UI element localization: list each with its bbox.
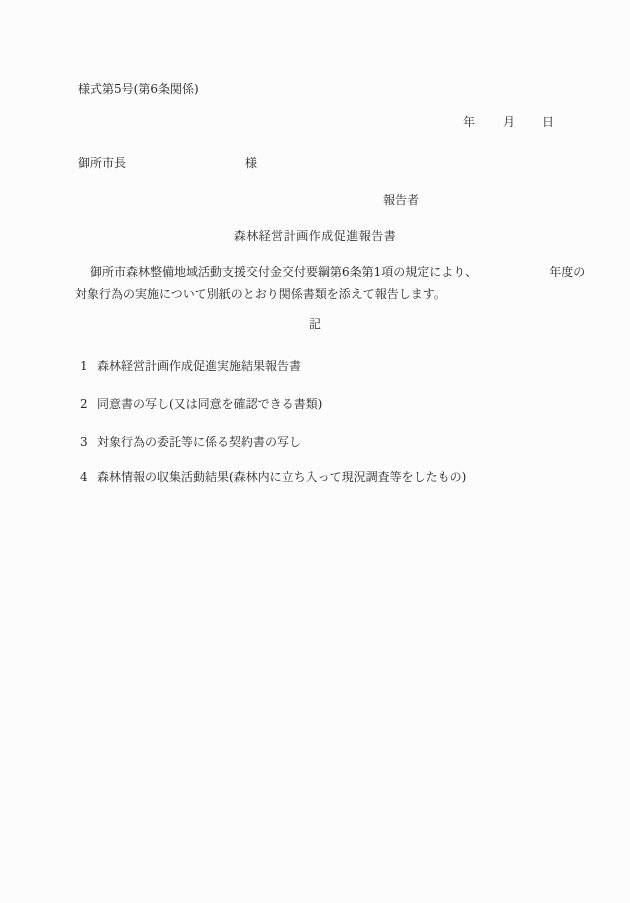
- attachment-text: 同意書の写し(又は同意を確認できる書類): [97, 398, 322, 410]
- fiscal-year-blank-field: [477, 275, 549, 276]
- form-number: 様式第5号(第6条関係): [78, 83, 199, 95]
- reporter-label: 報告者: [383, 194, 419, 206]
- record-heading: 記: [0, 318, 630, 330]
- attachment-text: 森林経営計画作成促進実施結果報告書: [97, 360, 301, 372]
- body-paragraph-line2: 対象行為の実施について別紙のとおり関係書類を添えて報告します。: [75, 288, 446, 300]
- attachment-text: 森林情報の収集活動結果(森林内に立ち入って現況調査等をしたもの): [97, 471, 466, 483]
- document-title: 森林経営計画作成促進報告書: [0, 230, 630, 242]
- attachment-item-4: 4 森林情報の収集活動結果(森林内に立ち入って現況調査等をしたもの): [80, 471, 466, 483]
- body-paragraph-line1: 御所市森林整備地域活動支援交付金交付要綱第6条第1項の規定により、年度の: [90, 266, 585, 278]
- body-text-after-blank: 年度の: [549, 265, 585, 279]
- recipient-line: 御所市長 様: [78, 157, 558, 169]
- recipient-honorific: 様: [245, 157, 257, 169]
- attachment-number: 1: [80, 360, 97, 372]
- document-page: 様式第5号(第6条関係) 年 月 日 御所市長 様 報告者 森林経営計画作成促進…: [0, 0, 630, 903]
- recipient-title: 御所市長: [78, 156, 126, 170]
- date-line: 年 月 日: [463, 116, 554, 128]
- body-text-before-blank: 御所市森林整備地域活動支援交付金交付要綱第6条第1項の規定により、: [90, 265, 477, 279]
- attachment-number: 2: [80, 398, 97, 410]
- attachment-text: 対象行為の委託等に係る契約書の写し: [97, 436, 301, 448]
- date-month-label: 月: [503, 116, 515, 128]
- attachment-item-1: 1 森林経営計画作成促進実施結果報告書: [80, 360, 301, 372]
- attachment-item-2: 2 同意書の写し(又は同意を確認できる書類): [80, 398, 322, 410]
- attachment-item-3: 3 対象行為の委託等に係る契約書の写し: [80, 436, 301, 448]
- attachment-number: 3: [80, 436, 97, 448]
- date-day-label: 日: [542, 116, 554, 128]
- date-year-label: 年: [463, 116, 475, 128]
- attachment-number: 4: [80, 471, 97, 483]
